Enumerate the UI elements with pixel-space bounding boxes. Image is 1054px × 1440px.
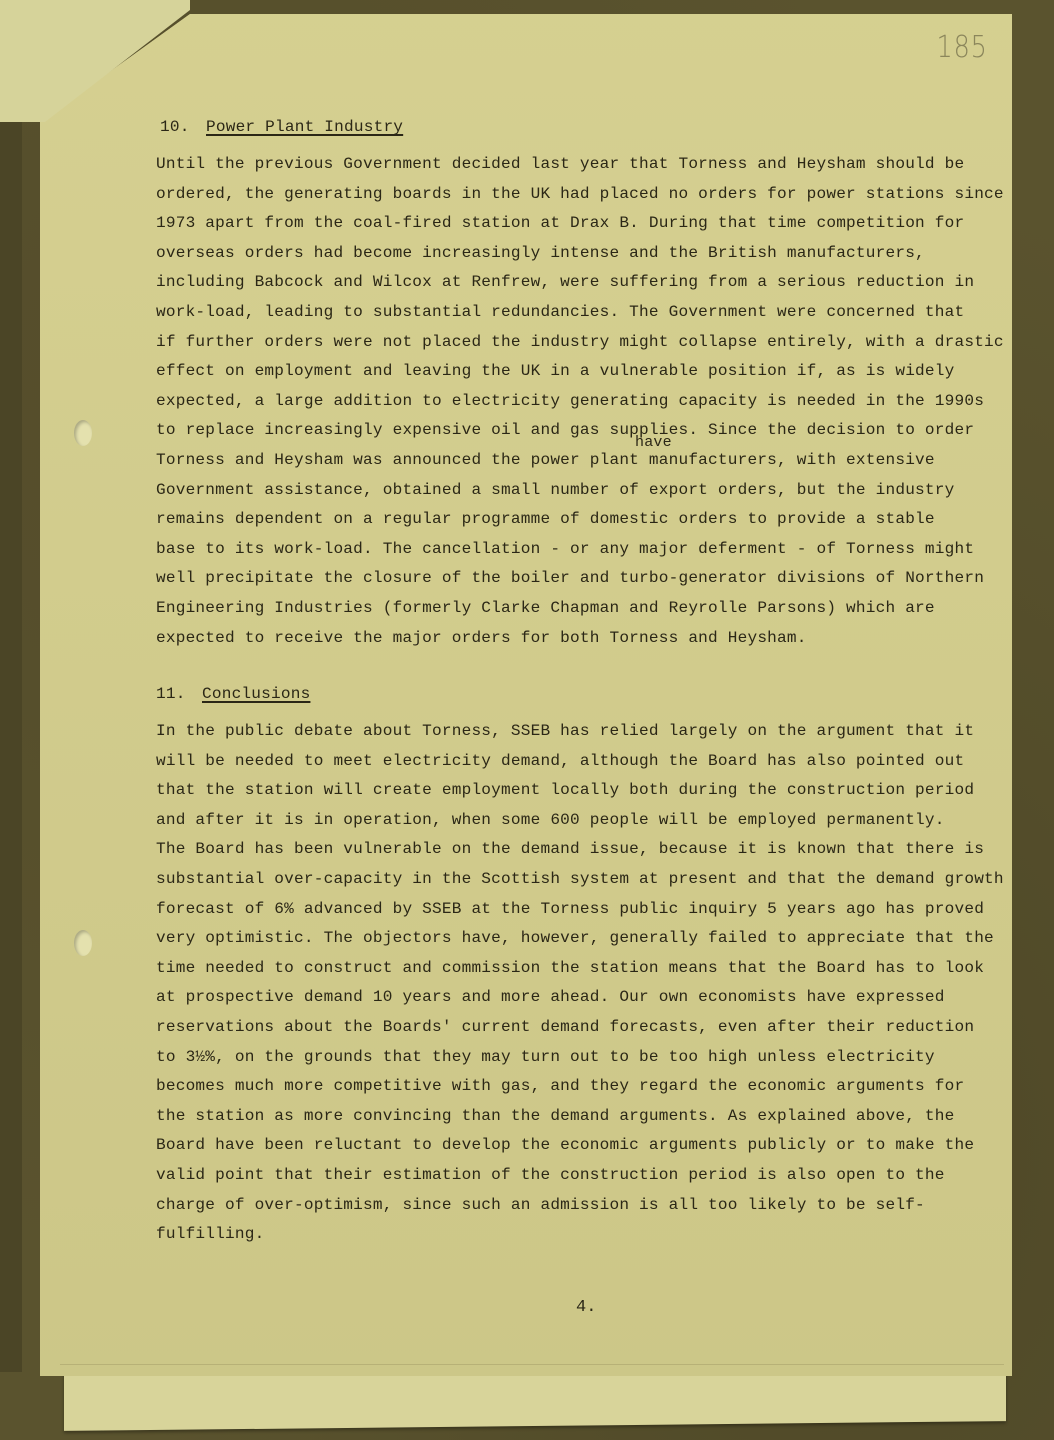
section-number: 11. bbox=[156, 679, 202, 709]
text-line: very optimistic. The objectors have, how… bbox=[156, 924, 1016, 954]
text-line: if further orders were not placed the in… bbox=[156, 328, 1016, 358]
text-line: expected to receive the major orders for… bbox=[156, 624, 1016, 654]
text-line: the station as more convincing than the … bbox=[156, 1102, 1016, 1132]
text-line: work-load, leading to substantial redund… bbox=[156, 298, 1016, 328]
text-line: base to its work-load. The cancellation … bbox=[156, 535, 1016, 565]
text-line: remains dependent on a regular programme… bbox=[156, 505, 1016, 535]
text-line: Until the previous Government decided la… bbox=[156, 150, 1016, 180]
text-line: at prospective demand 10 years and more … bbox=[156, 983, 1016, 1013]
text-line: Board have been reluctant to develop the… bbox=[156, 1131, 1016, 1161]
page-number: 4. bbox=[576, 1298, 596, 1317]
text-line: Government assistance, obtained a small … bbox=[156, 476, 1016, 506]
text-line: fulfilling. bbox=[156, 1220, 1016, 1250]
text-line: valid point that their estimation of the… bbox=[156, 1161, 1016, 1191]
section-title: Power Plant Industry bbox=[206, 118, 403, 136]
text-line: reservations about the Boards' current d… bbox=[156, 1013, 1016, 1043]
page-stack-edge bbox=[0, 112, 22, 1372]
section-heading: 11.Conclusions bbox=[156, 679, 1016, 709]
text-line: will be needed to meet electricity deman… bbox=[156, 747, 1016, 777]
text-line: In the public debate about Torness, SSEB… bbox=[156, 717, 1016, 747]
text-line: effect on employment and leaving the UK … bbox=[156, 357, 1016, 387]
section-paragraph: Until the previous Government decided la… bbox=[156, 150, 1016, 653]
section-heading: 10.Power Plant Industry bbox=[160, 112, 1016, 142]
text-line: charge of over-optimism, since such an a… bbox=[156, 1191, 1016, 1221]
folio-number: 185 bbox=[937, 30, 988, 65]
text-line: and after it is in operation, when some … bbox=[156, 806, 1016, 836]
text-line: substantial over-capacity in the Scottis… bbox=[156, 865, 1016, 895]
text-line: expected, a large addition to electricit… bbox=[156, 387, 1016, 417]
section-number: 10. bbox=[160, 112, 206, 142]
text-line: ordered, the generating boards in the UK… bbox=[156, 180, 1016, 210]
punch-hole-icon bbox=[74, 420, 92, 446]
text-line: Torness and Heysham was announced the po… bbox=[156, 451, 935, 469]
handwritten-insert: have bbox=[635, 435, 672, 450]
section-title: Conclusions bbox=[202, 685, 310, 703]
page-bottom-edge bbox=[60, 1364, 1004, 1365]
text-line: time needed to construct and commission … bbox=[156, 954, 1016, 984]
document-body: 10.Power Plant Industry Until the previo… bbox=[156, 112, 1016, 1250]
text-line: forecast of 6% advanced by SSEB at the T… bbox=[156, 895, 1016, 925]
text-line: becomes much more competitive with gas, … bbox=[156, 1072, 1016, 1102]
text-line: that the station will create employment … bbox=[156, 776, 1016, 806]
text-line: Engineering Industries (formerly Clarke … bbox=[156, 594, 1016, 624]
section-paragraph: In the public debate about Torness, SSEB… bbox=[156, 717, 1016, 1250]
text-line: The Board has been vulnerable on the dem… bbox=[156, 835, 1016, 865]
punch-hole-icon bbox=[74, 930, 92, 956]
text-line: well precipitate the closure of the boil… bbox=[156, 564, 1016, 594]
text-line: including Babcock and Wilcox at Renfrew,… bbox=[156, 268, 1016, 298]
text-line: overseas orders had become increasingly … bbox=[156, 239, 1016, 269]
text-line: to replace increasingly expensive oil an… bbox=[156, 416, 1016, 446]
text-line: to 3½%, on the grounds that they may tur… bbox=[156, 1043, 1016, 1073]
text-line-with-insert: Torness and Heysham was announced the po… bbox=[156, 446, 1016, 476]
text-line: 1973 apart from the coal-fired station a… bbox=[156, 209, 1016, 239]
